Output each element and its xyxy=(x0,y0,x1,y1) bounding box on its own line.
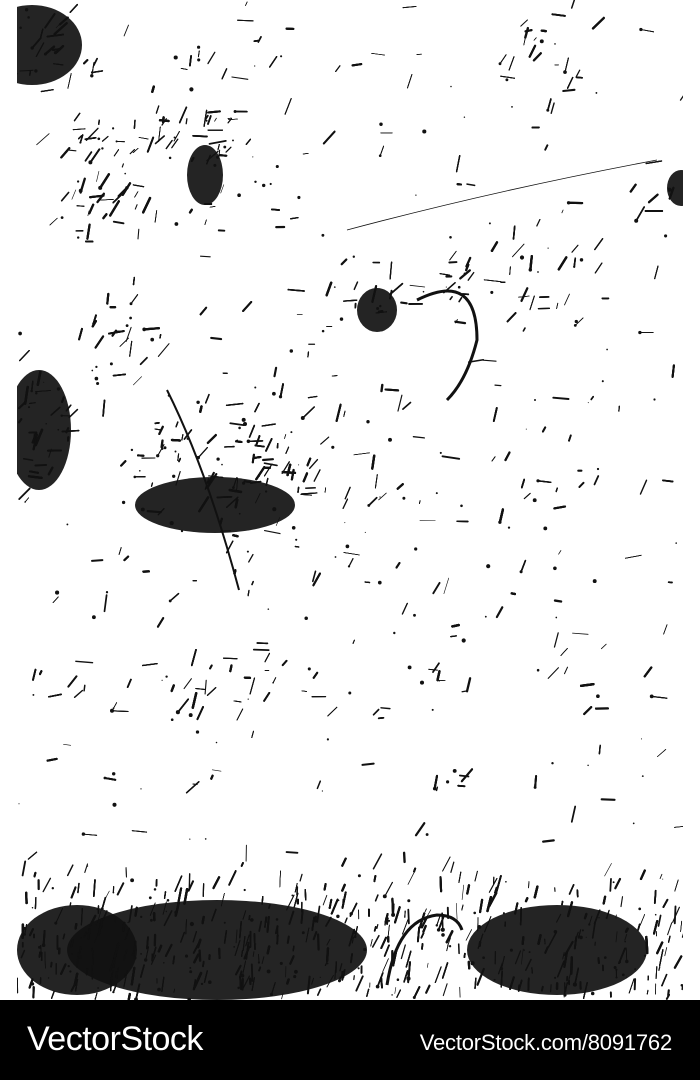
grunge-texture-canvas xyxy=(17,0,683,1000)
watermark-footer: VectorStock VectorStock.com/8091762 xyxy=(0,1000,700,1080)
grunge-texture xyxy=(17,0,683,1000)
brand-logo-text: VectorStock xyxy=(27,1020,203,1059)
stock-id-text: VectorStock.com/8091762 xyxy=(420,1030,672,1056)
